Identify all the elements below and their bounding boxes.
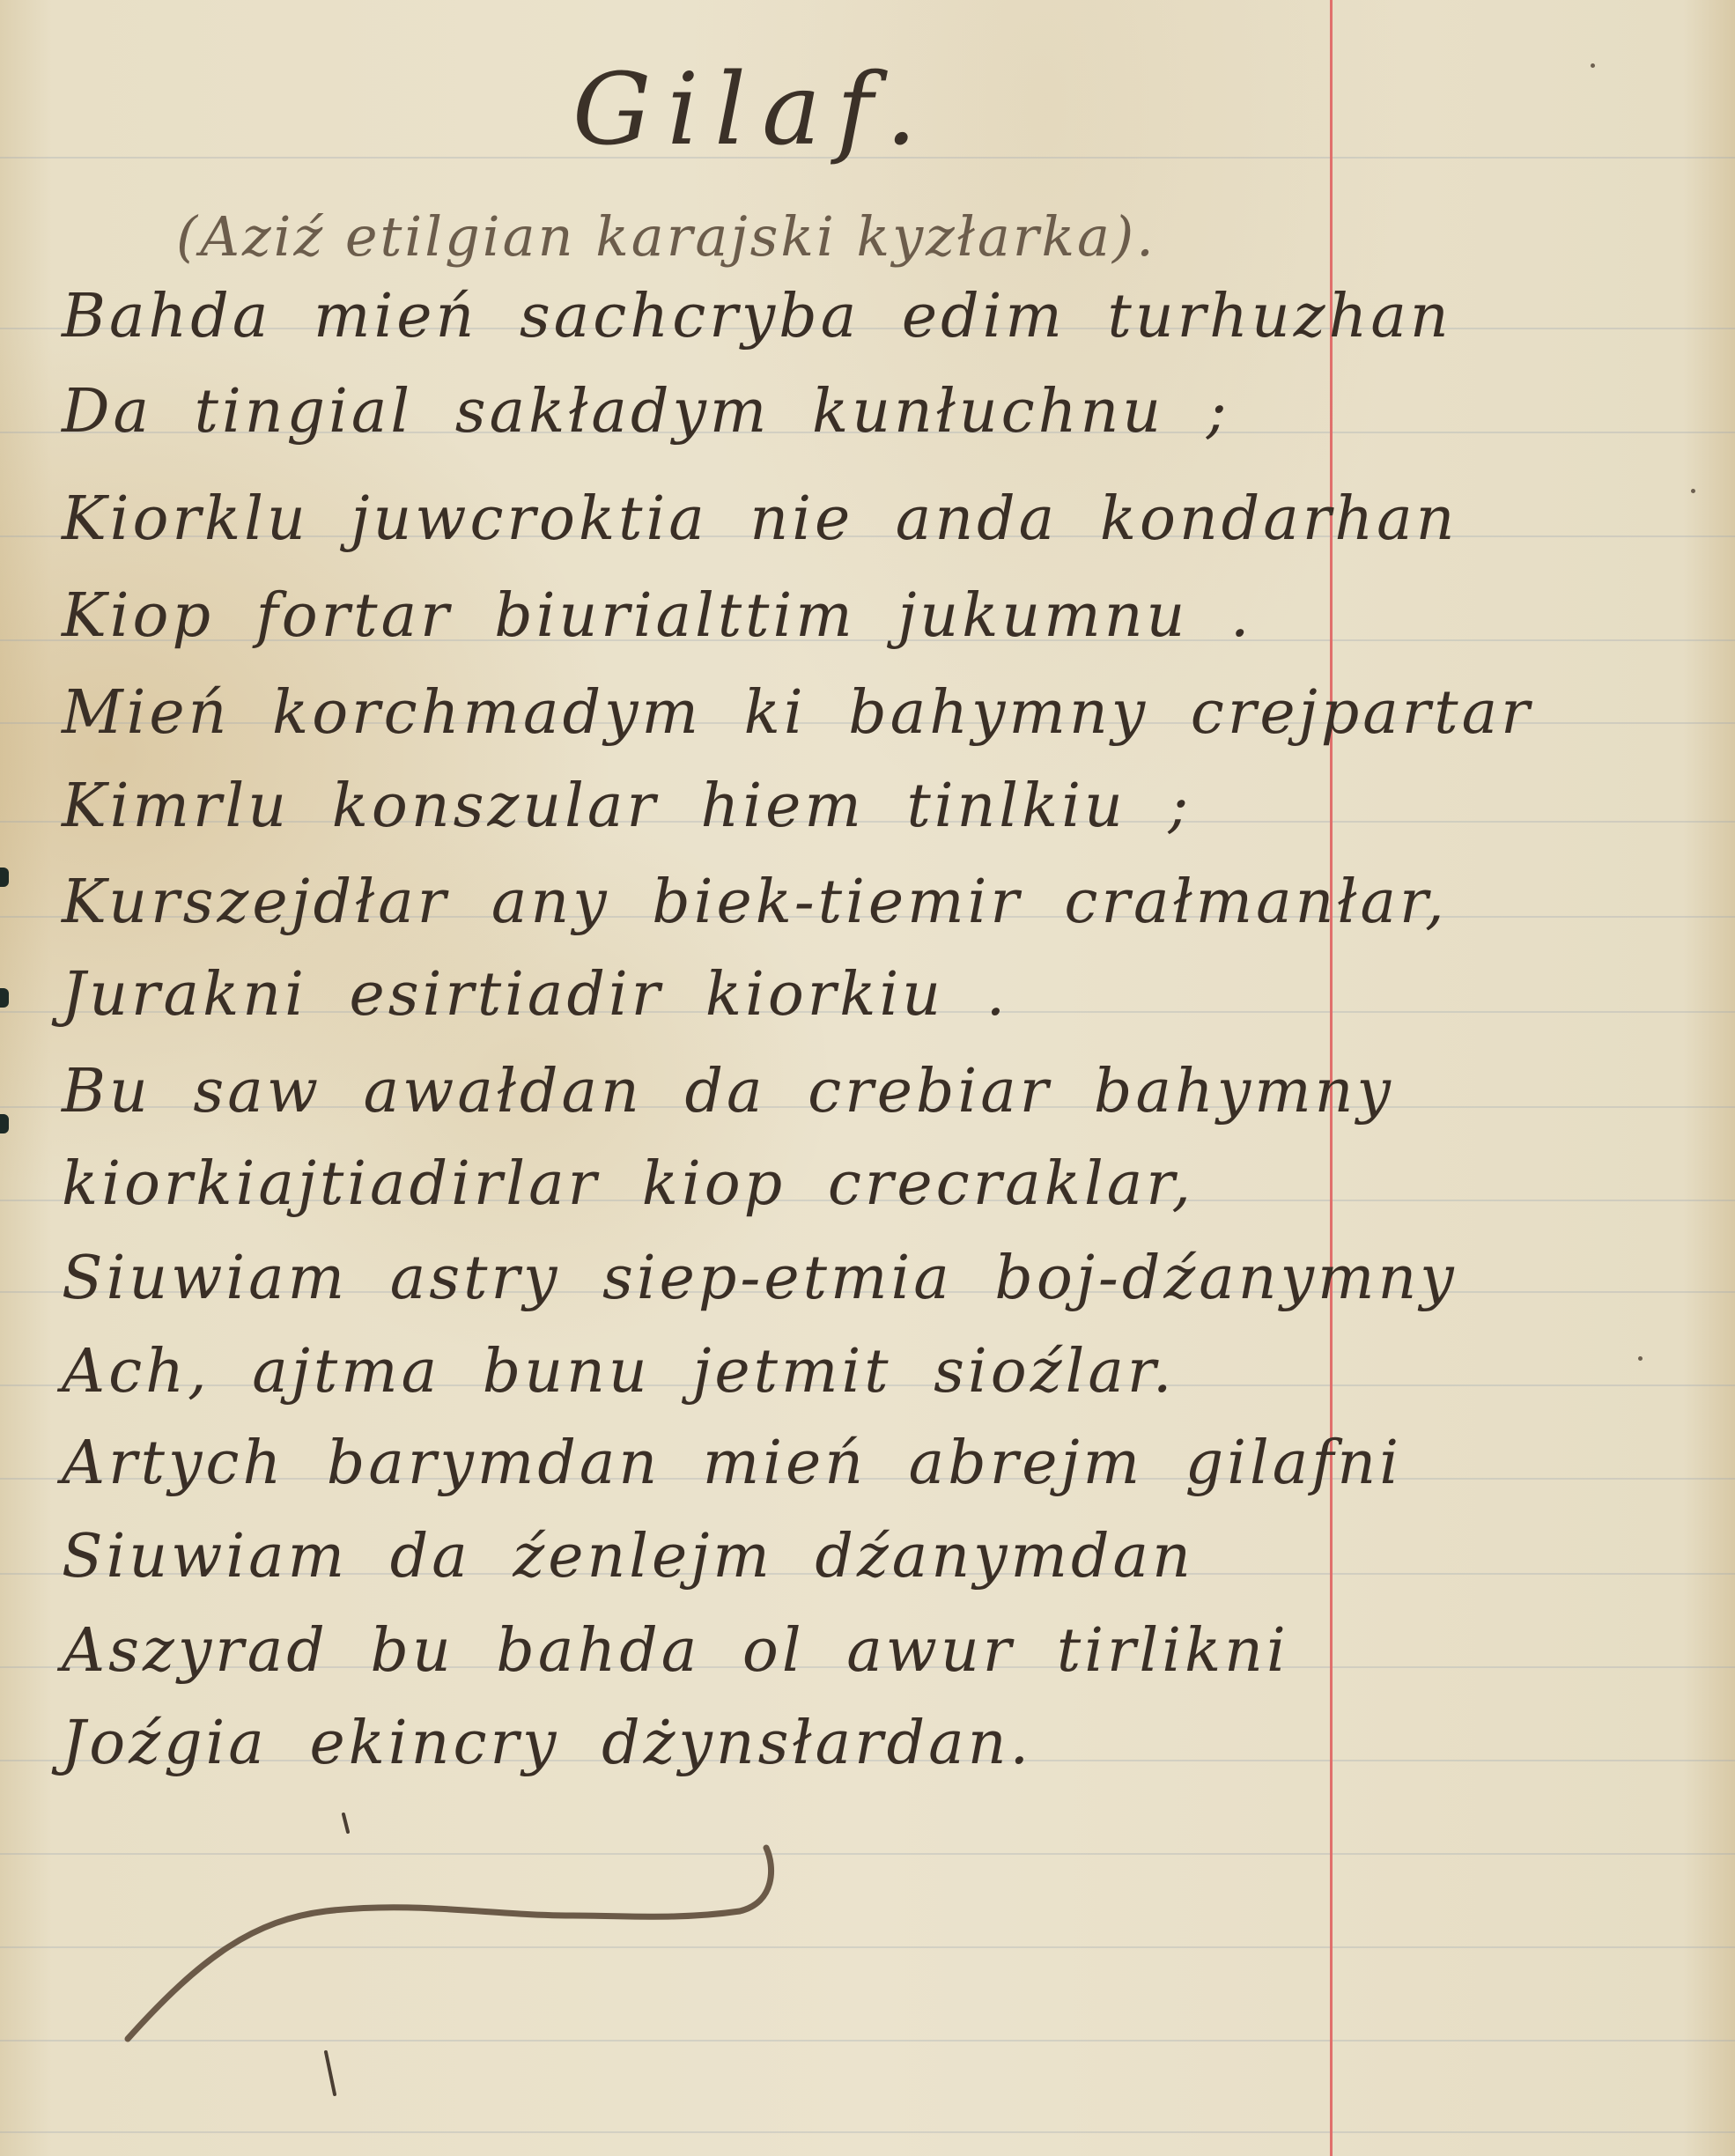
ink-speck xyxy=(1691,489,1695,493)
ink-speck xyxy=(1638,1356,1643,1361)
ink-speck xyxy=(1591,63,1595,68)
manuscript-page: Gilaf. (Aziź etilgian karajski kyzłarka)… xyxy=(0,0,1735,2156)
closing-flourish xyxy=(0,0,1735,2156)
